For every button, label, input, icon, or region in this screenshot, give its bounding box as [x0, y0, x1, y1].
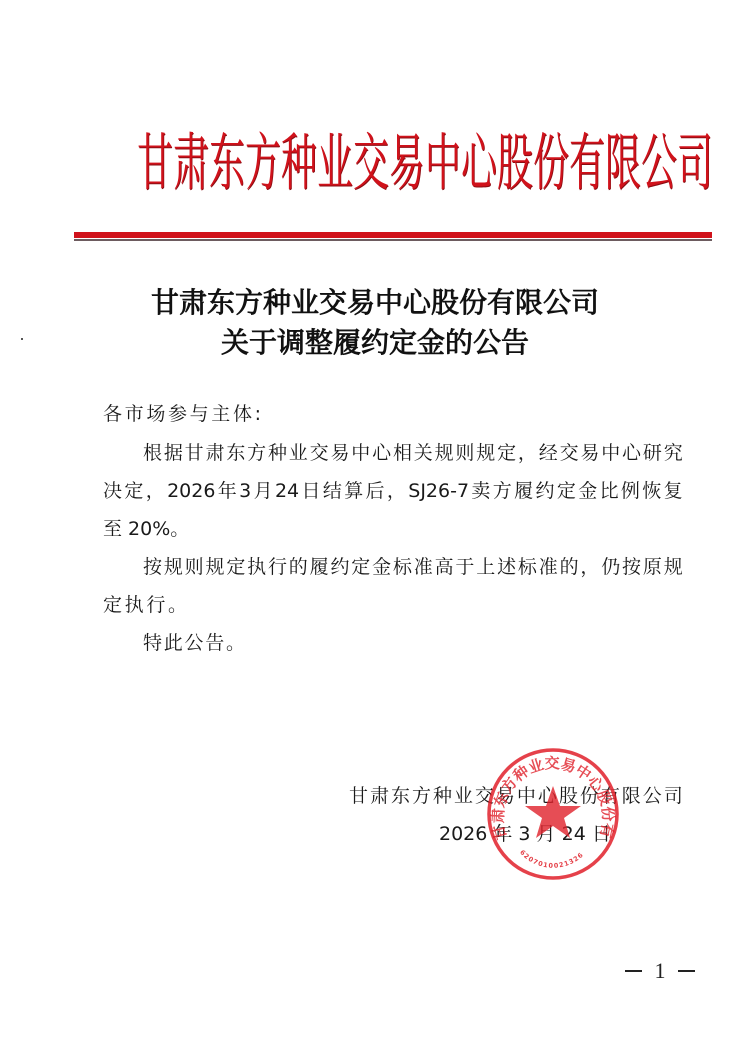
glyph: 场	[146, 402, 165, 426]
glyph: 易	[330, 441, 349, 465]
masthead-glyph: 中	[425, 128, 446, 200]
glyph: 市	[125, 402, 144, 426]
document-title-line2: 关于调整履约定金的公告	[0, 321, 750, 361]
page-dash-left	[625, 970, 642, 972]
glyph: 卖	[471, 479, 490, 503]
glyph: 方	[493, 479, 512, 503]
glyph: 仍	[601, 555, 620, 579]
glyph: 方	[247, 441, 266, 465]
glyph: 规	[435, 441, 454, 465]
glyph: 金	[578, 479, 597, 503]
glyph: 原	[643, 555, 662, 579]
masthead-glyph: 易	[389, 128, 410, 200]
glyph: 24	[275, 479, 299, 503]
masthead-glyph: 公	[641, 128, 662, 200]
glyph: 特	[143, 631, 162, 655]
body-line-1: 根据甘肃东方种业交易中心相关规则规定，经交易中心研究	[143, 441, 683, 465]
glyph: 行	[146, 593, 165, 617]
glyph: 约	[330, 555, 349, 579]
glyph: 种	[433, 784, 452, 808]
glyph: 准	[539, 555, 558, 579]
glyph: 定	[557, 479, 576, 503]
glyph: 心	[372, 441, 391, 465]
glyph: 履	[514, 479, 533, 503]
glyph: 算	[344, 479, 363, 503]
masthead-glyph: 心	[461, 128, 482, 200]
glyph: 甘	[349, 784, 368, 808]
body-line-4: 按规则规定执行的履约定金标准高于上述标准的，仍按原规	[143, 555, 683, 579]
body-line-6: 特此公告。	[143, 631, 245, 655]
glyph: 上	[476, 555, 495, 579]
page-number-value: 1	[655, 958, 666, 984]
glyph: 经	[539, 441, 558, 465]
glyph: 的	[289, 555, 308, 579]
glyph: 约	[535, 479, 554, 503]
glyph: SJ26-7	[408, 479, 469, 503]
glyph: 定	[124, 479, 143, 503]
glyph: 关	[414, 441, 433, 465]
masthead-glyph: 司	[677, 128, 698, 200]
glyph: 司	[664, 784, 683, 808]
glyph: 。	[226, 631, 245, 655]
glyph: 比	[600, 479, 619, 503]
glyph: 述	[497, 555, 516, 579]
glyph: 复	[664, 479, 683, 503]
glyph: 中	[351, 441, 370, 465]
glyph: 定	[103, 593, 122, 617]
glyph: 2026	[167, 479, 215, 503]
masthead-grey-rule	[74, 239, 712, 241]
glyph: 种	[268, 441, 287, 465]
glyph: 限	[622, 784, 641, 808]
masthead-org-name: 甘肃东方种业交易中心股份有限公司	[137, 128, 652, 200]
body-line-2: 决定，2026年3月24日结算后，SJ26-7卖方履约定金比例恢复	[103, 479, 683, 503]
glyph: 公	[184, 631, 203, 655]
glyph: 肃	[370, 784, 389, 808]
glyph: 。	[168, 593, 187, 617]
body-line-3: 至 20%。	[103, 517, 181, 541]
glyph: 高	[435, 555, 454, 579]
glyph: ，	[146, 479, 165, 503]
glyph: 例	[621, 479, 640, 503]
glyph: 决	[103, 479, 122, 503]
glyph: 告	[205, 631, 224, 655]
glyph: 于	[455, 555, 474, 579]
masthead-glyph: 限	[605, 128, 626, 200]
glyph: 据	[164, 441, 183, 465]
glyph: 体	[233, 402, 252, 426]
glyph: 参	[168, 402, 187, 426]
glyph: 恢	[642, 479, 661, 503]
glyph: 肃	[205, 441, 224, 465]
salutation: 各市场参与主体:	[103, 402, 261, 426]
glyph: 研	[643, 441, 662, 465]
glyph: 按	[143, 555, 162, 579]
glyph: 业	[454, 784, 473, 808]
masthead-glyph: 份	[533, 128, 554, 200]
glyph: 结	[323, 479, 342, 503]
glyph: 标	[518, 555, 537, 579]
svg-text:6207010021326: 6207010021326	[518, 848, 585, 870]
glyph: 规	[476, 441, 495, 465]
glyph: 准	[414, 555, 433, 579]
glyph: 甘	[185, 441, 204, 465]
glyph: 东	[391, 784, 410, 808]
glyph: 的	[560, 555, 579, 579]
glyph: 此	[164, 631, 183, 655]
glyph: 月	[254, 479, 273, 503]
glyph: :	[255, 402, 261, 426]
masthead-glyph: 业	[317, 128, 338, 200]
glyph: 行	[268, 555, 287, 579]
glyph: 定	[226, 555, 245, 579]
masthead-glyph: 种	[281, 128, 302, 200]
official-seal: 甘肃东方种业交易中心股份有限公司 6207010021326	[485, 746, 621, 882]
glyph: 业	[289, 441, 308, 465]
glyph: 方	[412, 784, 431, 808]
glyph: 交	[560, 441, 579, 465]
glyph: 公	[643, 784, 662, 808]
glyph: 日	[301, 479, 320, 503]
document-title-line1: 甘肃东方种业交易中心股份有限公司	[0, 281, 750, 321]
masthead-glyph: 方	[245, 128, 266, 200]
glyph: 交	[310, 441, 329, 465]
seal-stamp-icon: 甘肃东方种业交易中心股份有限公司 6207010021326	[485, 746, 621, 882]
masthead-glyph: 肃	[173, 128, 194, 200]
glyph: 则	[185, 555, 204, 579]
glyph: 履	[310, 555, 329, 579]
masthead-glyph: 有	[569, 128, 590, 200]
glyph: 相	[393, 441, 412, 465]
page-number: 1	[625, 958, 695, 984]
masthead-glyph: 东	[209, 128, 230, 200]
glyph: 执	[125, 593, 144, 617]
glyph: 按	[622, 555, 641, 579]
glyph: ，	[387, 479, 406, 503]
glyph: 各	[103, 402, 122, 426]
glyph: 标	[393, 555, 412, 579]
glyph: 金	[372, 555, 391, 579]
masthead-glyph: 交	[353, 128, 374, 200]
glyph: 后	[366, 479, 385, 503]
masthead-glyph: 股	[497, 128, 518, 200]
glyph: 东	[226, 441, 245, 465]
glyph: 3	[239, 479, 251, 503]
masthead-red-rule	[74, 232, 712, 238]
glyph: 易	[580, 441, 599, 465]
glyph: 规	[664, 555, 683, 579]
glyph: 主	[211, 402, 230, 426]
glyph: 定	[351, 555, 370, 579]
glyph: 究	[664, 441, 683, 465]
glyph: 执	[247, 555, 266, 579]
glyph: ，	[580, 555, 599, 579]
glyph: 定	[497, 441, 516, 465]
body-line-5: 定执行。	[103, 593, 187, 617]
page-dash-right	[678, 970, 695, 972]
glyph: ，	[518, 441, 537, 465]
glyph: 心	[622, 441, 641, 465]
masthead-glyph: 甘	[137, 128, 158, 200]
glyph: 年	[218, 479, 237, 503]
glyph: 则	[455, 441, 474, 465]
glyph: 规	[164, 555, 183, 579]
glyph: 规	[205, 555, 224, 579]
glyph: 根	[143, 441, 162, 465]
glyph: 与	[190, 402, 209, 426]
glyph: 中	[601, 441, 620, 465]
